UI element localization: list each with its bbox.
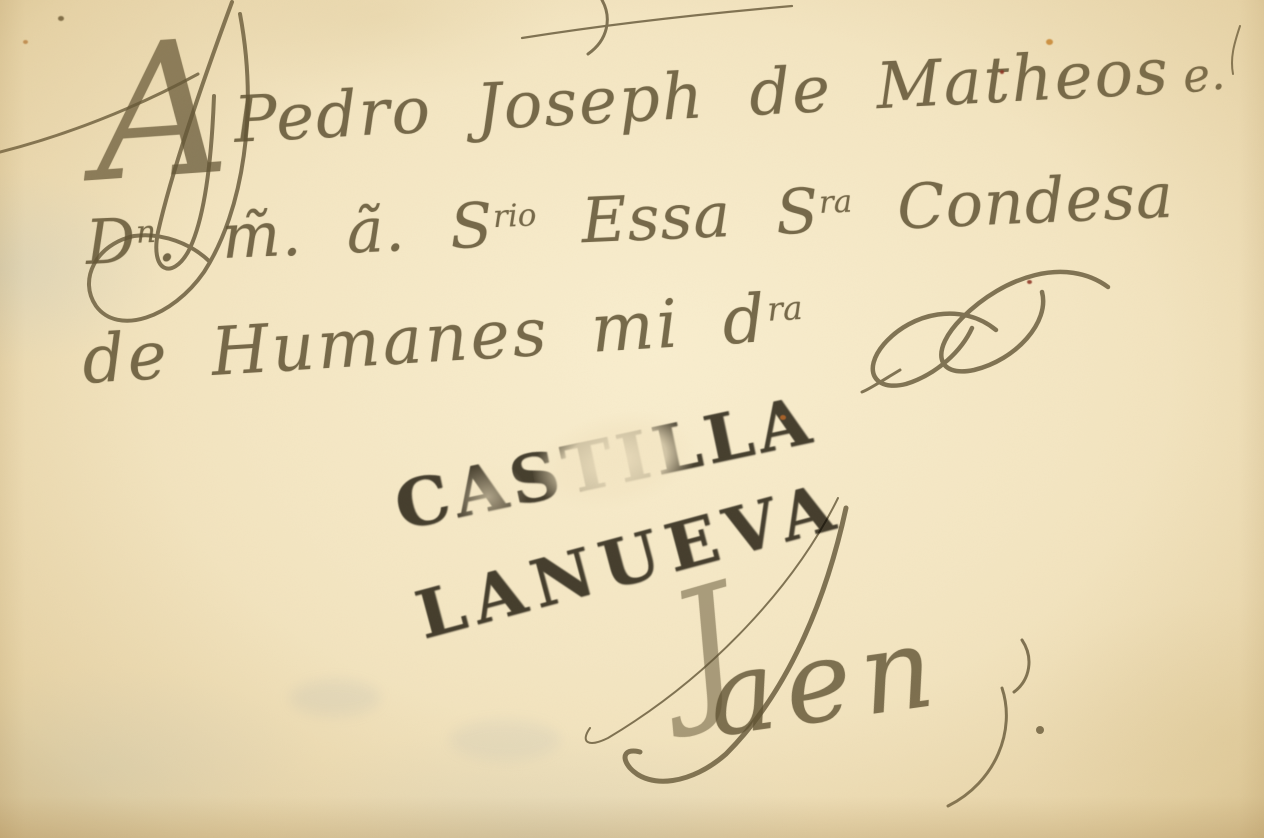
stain-speck (1046, 39, 1053, 45)
l2-sup3: ra (818, 184, 853, 221)
l2-sup2: rio (492, 198, 537, 236)
address-line-1-superscript: e. (1180, 46, 1227, 104)
paper-smudge (450, 720, 560, 760)
stain-speck (780, 415, 786, 420)
l2-sup1: n (135, 214, 157, 251)
l2-seg3: Essa S (535, 174, 821, 259)
address-initial: A (86, 0, 234, 223)
l2-seg2: . m̃. ã. S (155, 188, 495, 276)
stain-speck (1027, 280, 1032, 284)
paper-smudge (290, 680, 380, 716)
letter-cover-scan: A Pedro Joseph de Matheos e. Dn. m̃. ã. … (0, 0, 1264, 838)
stain-speck (1000, 70, 1004, 74)
l2-seg4: Condesa (851, 158, 1175, 245)
stain-speck (23, 40, 28, 44)
l2-seg1: D (84, 204, 138, 279)
ink-speck (58, 16, 64, 21)
l3-sup1: ra (766, 288, 804, 329)
